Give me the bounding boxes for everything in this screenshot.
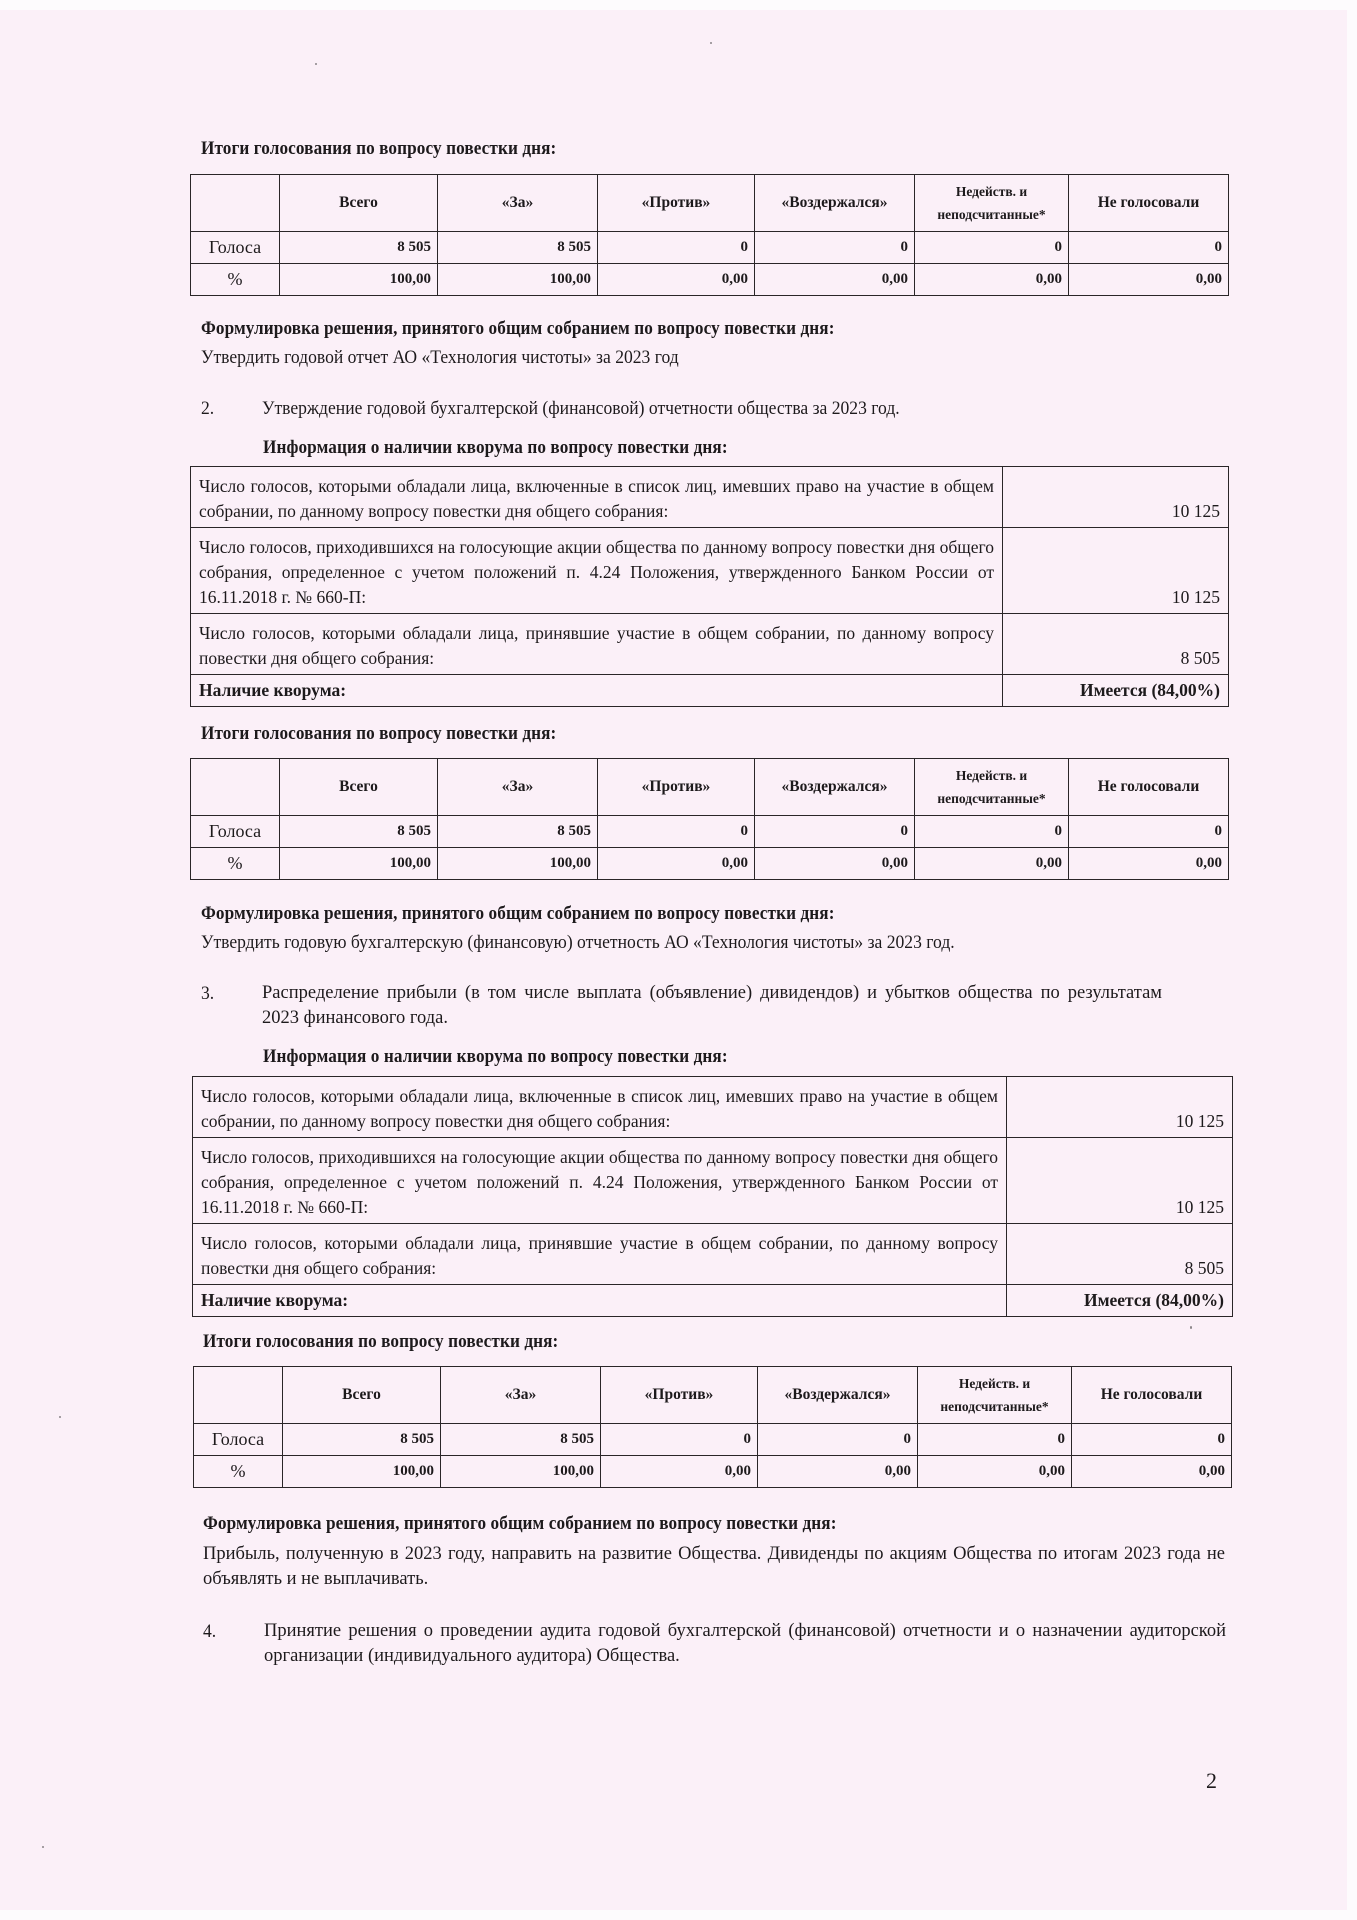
row-label: % (191, 848, 280, 880)
cell: 8 505 (280, 816, 438, 848)
scan-speck (59, 1416, 61, 1418)
table-row: Число голосов, которыми обладали лица, в… (193, 1077, 1233, 1138)
quorum-total-value: Имеется (84,00%) (1003, 675, 1229, 707)
cell: 100,00 (438, 264, 598, 296)
vote-header-abstained: «Воздержался» (755, 175, 915, 232)
vote-header-abstained: «Воздержался» (758, 1367, 918, 1424)
vote-results-table: Всего «За» «Против» «Воздержался» Недейс… (190, 758, 1229, 880)
row-label: Голоса (191, 816, 280, 848)
cell: 100,00 (438, 848, 598, 880)
quorum-row-value: 10 125 (1003, 528, 1229, 614)
table-row: Число голосов, которыми обладали лица, в… (191, 467, 1229, 528)
vote-header-total: Всего (280, 175, 438, 232)
cell: 0,00 (1069, 264, 1229, 296)
table-row: Число голосов, которыми обладали лица, п… (191, 614, 1229, 675)
row-label: % (194, 1456, 283, 1488)
table-row: Число голосов, которыми обладали лица, п… (193, 1224, 1233, 1285)
cell: 0,00 (601, 1456, 758, 1488)
cell: 0,00 (915, 848, 1069, 880)
scan-speck (315, 63, 317, 65)
quorum-row-value: 10 125 (1003, 467, 1229, 528)
cell: 0 (1072, 1424, 1232, 1456)
cell: 100,00 (280, 848, 438, 880)
cell: 0 (755, 816, 915, 848)
cell: 8 505 (441, 1424, 601, 1456)
table-row: Голоса 8 505 8 505 0 0 0 0 (191, 816, 1229, 848)
quorum-row-description: Число голосов, которыми обладали лица, в… (191, 467, 1003, 528)
vote-header-abstained: «Воздержался» (755, 759, 915, 816)
cell: 0 (601, 1424, 758, 1456)
decision-text: Прибыль, полученную в 2023 году, направи… (203, 1542, 1225, 1592)
vote-header-for: «За» (438, 175, 598, 232)
quorum-row-value: 8 505 (1003, 614, 1229, 675)
cell: 0 (1069, 816, 1229, 848)
vote-results-table: Всего «За» «Против» «Воздержался» Недейс… (193, 1366, 1232, 1488)
cell: 8 505 (438, 232, 598, 264)
scan-speck (1190, 1326, 1192, 1329)
cell: 0,00 (598, 264, 755, 296)
cell: 0 (918, 1424, 1072, 1456)
vote-header-against: «Против» (598, 759, 755, 816)
agenda-item-number: 2. (201, 399, 214, 420)
cell: 0,00 (915, 264, 1069, 296)
decision-heading: Формулировка решения, принятого общим со… (201, 904, 835, 925)
vote-table-header-row: Всего «За» «Против» «Воздержался» Недейс… (194, 1367, 1232, 1424)
vote-results-heading: Итоги голосования по вопросу повестки дн… (201, 139, 556, 160)
cell: 0 (598, 232, 755, 264)
quorum-total-value: Имеется (84,00%) (1007, 1285, 1233, 1317)
table-row: % 100,00 100,00 0,00 0,00 0,00 0,00 (194, 1456, 1232, 1488)
cell: 0,00 (918, 1456, 1072, 1488)
vote-results-heading: Итоги голосования по вопросу повестки дн… (203, 1332, 558, 1353)
quorum-row-value: 8 505 (1007, 1224, 1233, 1285)
cell: 8 505 (283, 1424, 441, 1456)
decision-text: Утвердить годовой отчет АО «Технология ч… (201, 348, 679, 369)
vote-results-table: Всего «За» «Против» «Воздержался» Недейс… (190, 174, 1229, 296)
vote-header-empty (194, 1367, 283, 1424)
vote-header-not-voted: Не голосовали (1072, 1367, 1232, 1424)
cell: 0,00 (758, 1456, 918, 1488)
quorum-row-description: Число голосов, приходившихся на голосующ… (191, 528, 1003, 614)
quorum-total-label: Наличие кворума: (193, 1285, 1007, 1317)
cell: 0,00 (755, 848, 915, 880)
cell: 0,00 (1069, 848, 1229, 880)
table-row: Число голосов, приходившихся на голосующ… (191, 528, 1229, 614)
cell: 0,00 (1072, 1456, 1232, 1488)
table-row: % 100,00 100,00 0,00 0,00 0,00 0,00 (191, 264, 1229, 296)
vote-header-invalid: Недейств. и неподсчитанные* (915, 759, 1069, 816)
cell: 0 (598, 816, 755, 848)
vote-header-invalid: Недейств. и неподсчитанные* (918, 1367, 1072, 1424)
quorum-heading: Информация о наличии кворума по вопросу … (263, 438, 728, 459)
page-number: 2 (1206, 1768, 1217, 1794)
vote-header-empty (191, 175, 280, 232)
vote-table-header-row: Всего «За» «Против» «Воздержался» Недейс… (191, 175, 1229, 232)
cell: 0,00 (755, 264, 915, 296)
cell: 8 505 (280, 232, 438, 264)
quorum-total-row: Наличие кворума: Имеется (84,00%) (193, 1285, 1233, 1317)
scan-speck (710, 42, 712, 44)
vote-header-for: «За» (441, 1367, 601, 1424)
cell: 0,00 (598, 848, 755, 880)
agenda-item-text: Утверждение годовой бухгалтерской (финан… (262, 399, 900, 420)
row-label: % (191, 264, 280, 296)
vote-header-not-voted: Не голосовали (1069, 175, 1229, 232)
agenda-item-text: Распределение прибыли (в том числе выпла… (262, 981, 1162, 1031)
quorum-row-description: Число голосов, которыми обладали лица, в… (193, 1077, 1007, 1138)
cell: 100,00 (441, 1456, 601, 1488)
cell: 0 (758, 1424, 918, 1456)
document-page: Итоги голосования по вопросу повестки дн… (0, 10, 1347, 1910)
cell: 0 (755, 232, 915, 264)
vote-header-against: «Против» (601, 1367, 758, 1424)
vote-header-empty (191, 759, 280, 816)
decision-heading: Формулировка решения, принятого общим со… (201, 319, 835, 340)
vote-table-header-row: Всего «За» «Против» «Воздержался» Недейс… (191, 759, 1229, 816)
quorum-heading: Информация о наличии кворума по вопросу … (263, 1047, 728, 1068)
vote-header-for: «За» (438, 759, 598, 816)
quorum-row-description: Число голосов, которыми обладали лица, п… (193, 1224, 1007, 1285)
quorum-row-description: Число голосов, приходившихся на голосующ… (193, 1138, 1007, 1224)
quorum-total-row: Наличие кворума: Имеется (84,00%) (191, 675, 1229, 707)
table-row: % 100,00 100,00 0,00 0,00 0,00 0,00 (191, 848, 1229, 880)
vote-header-against: «Против» (598, 175, 755, 232)
quorum-total-label: Наличие кворума: (191, 675, 1003, 707)
cell: 8 505 (438, 816, 598, 848)
table-row: Голоса 8 505 8 505 0 0 0 0 (194, 1424, 1232, 1456)
vote-header-total: Всего (283, 1367, 441, 1424)
quorum-row-value: 10 125 (1007, 1077, 1233, 1138)
agenda-item-number: 4. (203, 1622, 216, 1643)
cell: 100,00 (283, 1456, 441, 1488)
cell: 100,00 (280, 264, 438, 296)
agenda-item-number: 3. (201, 984, 214, 1005)
row-label: Голоса (191, 232, 280, 264)
quorum-row-value: 10 125 (1007, 1138, 1233, 1224)
table-row: Число голосов, приходившихся на голосующ… (193, 1138, 1233, 1224)
scan-speck (42, 1846, 44, 1848)
vote-header-total: Всего (280, 759, 438, 816)
decision-heading: Формулировка решения, принятого общим со… (203, 1514, 837, 1535)
vote-header-not-voted: Не голосовали (1069, 759, 1229, 816)
vote-results-heading: Итоги голосования по вопросу повестки дн… (201, 724, 556, 745)
quorum-row-description: Число голосов, которыми обладали лица, п… (191, 614, 1003, 675)
agenda-item-text: Принятие решения о проведении аудита год… (264, 1619, 1226, 1669)
quorum-table: Число голосов, которыми обладали лица, в… (190, 466, 1229, 707)
table-row: Голоса 8 505 8 505 0 0 0 0 (191, 232, 1229, 264)
cell: 0 (915, 816, 1069, 848)
vote-header-invalid: Недейств. и неподсчитанные* (915, 175, 1069, 232)
cell: 0 (1069, 232, 1229, 264)
quorum-table: Число голосов, которыми обладали лица, в… (192, 1076, 1233, 1317)
row-label: Голоса (194, 1424, 283, 1456)
cell: 0 (915, 232, 1069, 264)
decision-text: Утвердить годовую бухгалтерскую (финансо… (201, 933, 955, 954)
